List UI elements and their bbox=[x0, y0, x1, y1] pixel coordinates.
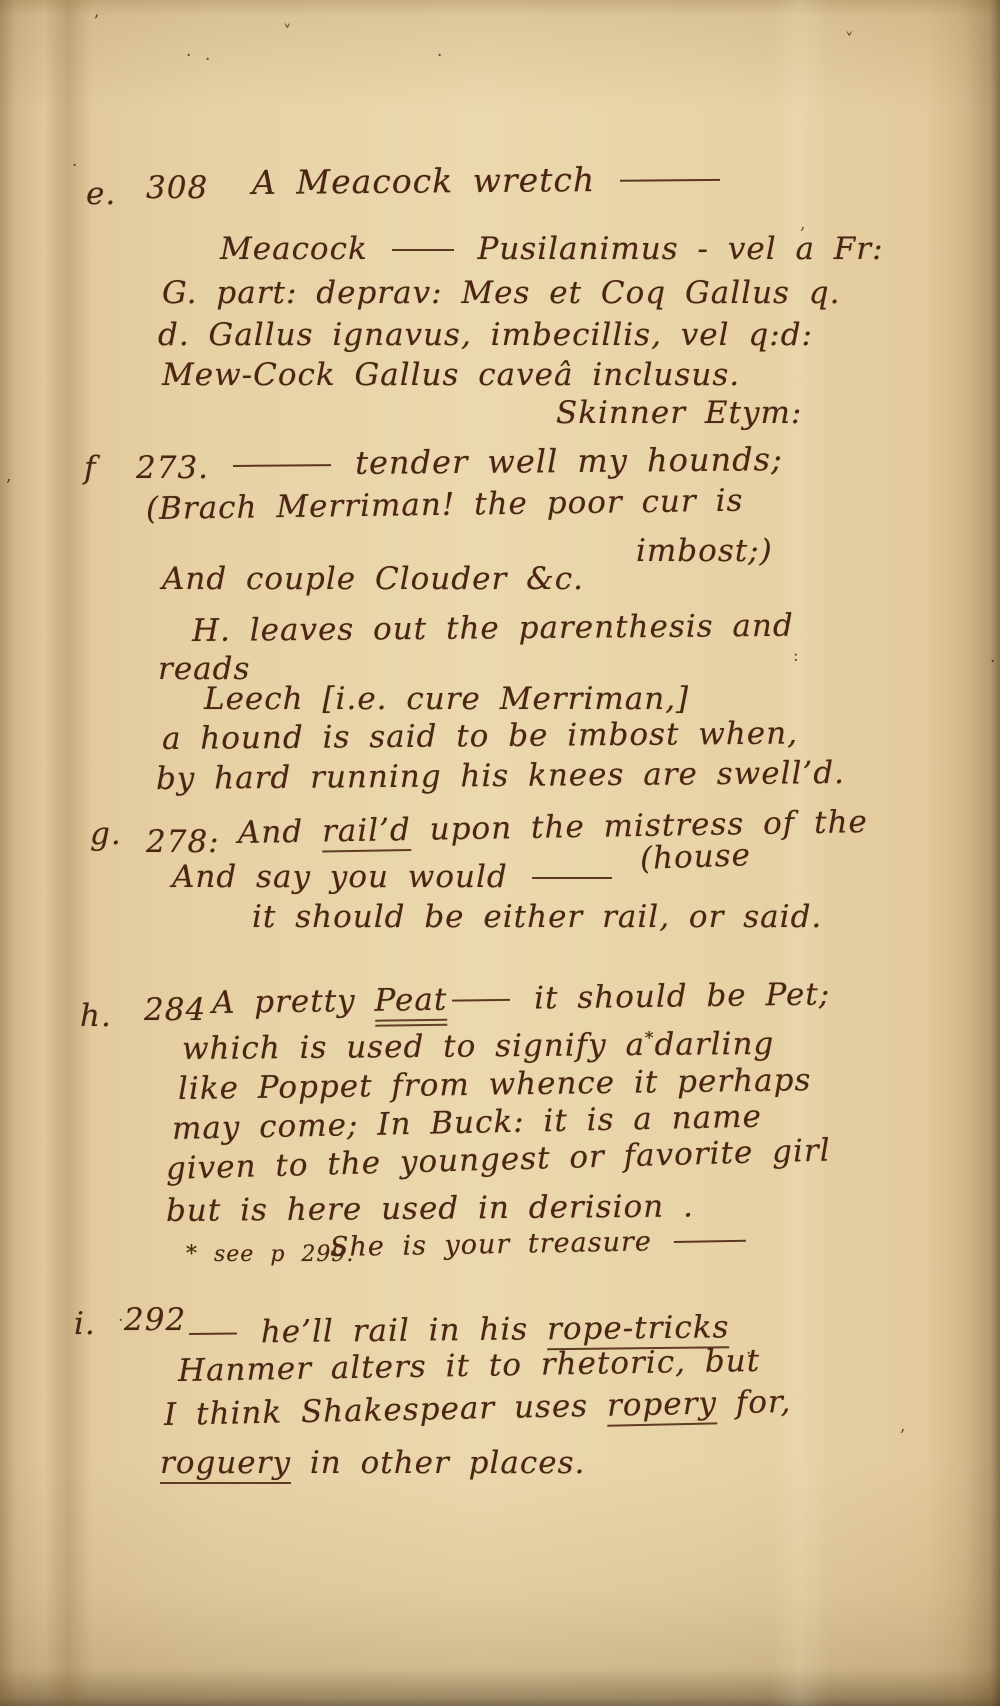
handwritten-text: he’ll rail in his bbox=[242, 1311, 547, 1350]
manuscript-line: d. Gallus ignavus, imbecillis, vel q:d: bbox=[158, 318, 813, 354]
handwritten-text: for, bbox=[717, 1384, 792, 1422]
entry-letter-label: h. bbox=[80, 998, 112, 1034]
manuscript-line: Hanmer alters it to rhetoric, but bbox=[178, 1344, 761, 1390]
manuscript-line: A pretty Peat it should be Pet; bbox=[212, 977, 831, 1021]
ink-speck: · bbox=[990, 652, 995, 672]
hand-dash bbox=[620, 179, 720, 182]
manuscript-line: She is your treasure bbox=[330, 1225, 752, 1263]
manuscript-line: Skinner Etym: bbox=[556, 396, 802, 432]
entry-letter-label: f bbox=[84, 450, 96, 486]
manuscript-line: (house bbox=[639, 838, 751, 877]
hand-dash bbox=[392, 249, 454, 251]
handwritten-text: G. part: deprav: Mes et Coq Gallus q. bbox=[162, 275, 841, 311]
hand-dash bbox=[233, 464, 331, 467]
ink-speck: · bbox=[437, 46, 442, 66]
manuscript-line: (Brach Merriman! the poor cur is bbox=[146, 484, 744, 528]
ink-speck: , bbox=[900, 1416, 905, 1436]
handwritten-text: A Meacock wretch bbox=[252, 160, 615, 202]
handwritten-text: but is here used in derision . bbox=[166, 1188, 694, 1229]
handwritten-text: A pretty bbox=[212, 983, 375, 1021]
handwritten-text: d. Gallus ignavus, imbecillis, vel q:d: bbox=[158, 317, 813, 353]
manuscript-line: And say you would bbox=[172, 860, 617, 896]
entry-letter-label: e. bbox=[86, 176, 116, 212]
ink-speck: · bbox=[205, 50, 210, 70]
manuscript-line: Mew-Cock Gallus caveâ inclusus. bbox=[162, 358, 740, 394]
ink-speck: ˬ bbox=[845, 16, 854, 36]
ink-speck: . bbox=[118, 1306, 123, 1326]
entry-page-ref: 308 bbox=[146, 170, 208, 206]
manuscript-line: Leech [i.e. cure Merriman,] bbox=[204, 682, 689, 718]
underlined-word: Peat bbox=[374, 982, 447, 1027]
hand-dash bbox=[532, 877, 612, 879]
handwritten-text: imbost;) bbox=[636, 533, 773, 569]
entry-letter-label: i. bbox=[74, 1306, 96, 1342]
handwritten-text: And couple Clouder &c. bbox=[162, 561, 584, 597]
manuscript-line: And couple Clouder &c. bbox=[162, 562, 584, 598]
entry-page-ref: 292 bbox=[124, 1302, 186, 1338]
ink-speck: , bbox=[6, 466, 11, 486]
ink-speck: : bbox=[793, 646, 799, 666]
handwritten-text: And bbox=[238, 814, 323, 851]
handwritten-text: (house bbox=[639, 837, 751, 877]
manuscript-line: by hard running his knees are swell’d. bbox=[156, 756, 845, 798]
hand-dash bbox=[452, 999, 510, 1002]
manuscript-page: e.308A Meacock wretch Meacock Pusilanimu… bbox=[0, 0, 1000, 1706]
manuscript-line: it should be either rail, or said. bbox=[252, 900, 822, 936]
manuscript-line: tender well my hounds; bbox=[228, 441, 783, 483]
handwritten-text: And say you would bbox=[172, 859, 527, 895]
handwritten-text: it should be Pet; bbox=[515, 976, 830, 1016]
handwritten-text: which is used to signify a bbox=[182, 1027, 645, 1067]
ink-speck: , bbox=[800, 214, 805, 234]
manuscript-line: but is here used in derision . bbox=[166, 1189, 694, 1229]
handwritten-text: H. leaves out the parenthesis and bbox=[192, 608, 794, 649]
manuscript-line: roguery in other places. bbox=[160, 1446, 585, 1482]
manuscript-line: H. leaves out the parenthesis and bbox=[192, 609, 794, 650]
underlined-word: rail’d bbox=[322, 812, 411, 853]
hand-dash bbox=[674, 1240, 746, 1243]
handwritten-text: tender well my hounds; bbox=[336, 440, 783, 482]
handwritten-text: by hard running his knees are swell’d. bbox=[156, 755, 845, 797]
underlined-word: roguery bbox=[160, 1445, 291, 1484]
handwritten-text: (Brach Merriman! the poor cur is bbox=[146, 483, 744, 527]
ink-speck: ʼ bbox=[93, 12, 98, 32]
handwritten-text: Skinner Etym: bbox=[556, 395, 802, 431]
handwritten-text: a hound is said to be imbost when, bbox=[162, 715, 798, 757]
manuscript-line: a hound is said to be imbost when, bbox=[162, 716, 798, 757]
handwritten-text: I think Shakespear uses bbox=[164, 1388, 608, 1433]
manuscript-line: imbost;) bbox=[636, 534, 773, 570]
ink-speck: · bbox=[186, 46, 191, 66]
handwritten-text: it should be either rail, or said. bbox=[252, 899, 822, 935]
ink-speck: · bbox=[72, 156, 77, 176]
entry-page-ref: 273. bbox=[136, 450, 209, 486]
entry-page-ref: 284 bbox=[144, 992, 206, 1028]
underlined-word: ropery bbox=[607, 1385, 718, 1426]
handwritten-text: Mew-Cock Gallus caveâ inclusus. bbox=[162, 357, 740, 393]
manuscript-line: And rail’d upon the mistress of the bbox=[238, 805, 868, 852]
handwritten-text: Meacock bbox=[220, 231, 387, 267]
manuscript-line: Meacock Pusilanimus - vel a Fr: bbox=[220, 232, 884, 268]
manuscript-line: which is used to signify a*darling bbox=[182, 1027, 775, 1068]
ink-speck: · bbox=[746, 1344, 751, 1364]
handwritten-text: * bbox=[645, 1029, 655, 1049]
handwritten-text: She is your treasure bbox=[330, 1226, 670, 1263]
manuscript-line: G. part: deprav: Mes et Coq Gallus q. bbox=[162, 276, 841, 312]
manuscript-line: I think Shakespear uses ropery for, bbox=[164, 1385, 792, 1434]
handwritten-text: in other places. bbox=[291, 1445, 585, 1481]
handwritten-text: darling bbox=[654, 1026, 774, 1063]
manuscript-line: A Meacock wretch bbox=[252, 160, 725, 202]
entry-page-ref: 278: bbox=[146, 824, 220, 860]
ink-speck: ˬ bbox=[283, 8, 292, 28]
handwritten-text: Pusilanimus - vel a Fr: bbox=[459, 231, 884, 267]
entry-letter-label: g. bbox=[90, 816, 122, 852]
hand-dash bbox=[189, 1332, 237, 1335]
handwritten-text: Leech [i.e. cure Merriman,] bbox=[204, 681, 689, 717]
